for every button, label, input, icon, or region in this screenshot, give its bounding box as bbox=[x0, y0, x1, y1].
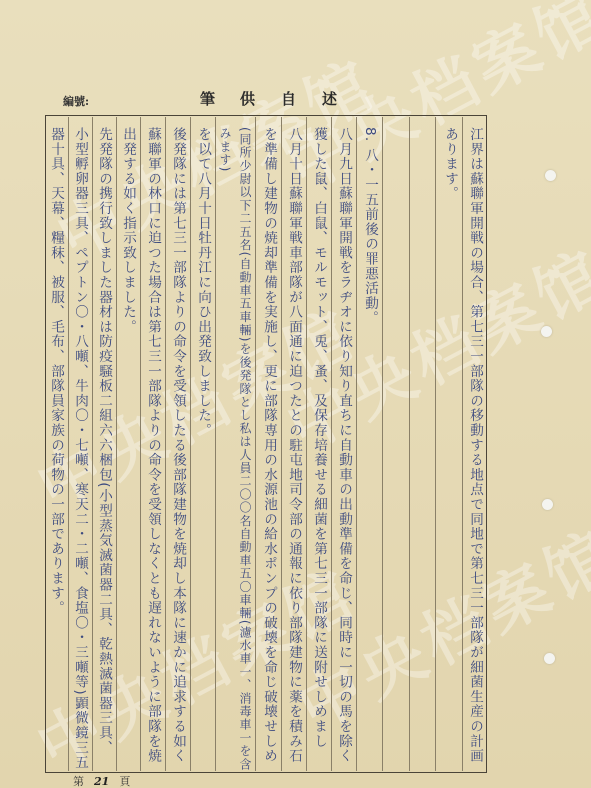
text-column: あります。 bbox=[435, 117, 462, 771]
text-column: 先発隊の携行致しました器材は防疫騒板二組六六梱包(小型蒸気滅菌器二具、乾熱滅菌器… bbox=[92, 117, 116, 771]
text-column: 後発隊には第七三一部隊よりの命令を受領したる後部隊建物を焼却し本隊に速かに追求す… bbox=[165, 117, 190, 771]
text-column: 蘇聯軍の林口に迫つた場合は第七三一部隊よりの命令を受領しなくとも遅れないように部… bbox=[140, 117, 165, 771]
text-column: 獲した鼠、白鼠、モルモット、兎、蚤、及保存培養せる細菌を第七三一部隊に送附せしめ… bbox=[306, 117, 331, 771]
title-char: 供 bbox=[240, 88, 255, 109]
text-column bbox=[382, 117, 409, 771]
text-column: 八月十日蘇聯軍戦車部隊が八面通に迫つたとの駐屯地司令部の通報に依り部隊建物に薬を… bbox=[281, 117, 306, 771]
punch-hole bbox=[544, 653, 555, 664]
file-number-label: 編號: bbox=[63, 93, 89, 109]
text-column: 器十具、天幕、糧秣、被服、毛布、部隊員家族の荷物の一部であります。 bbox=[46, 117, 68, 771]
text-column: (同所少尉以下二五名(自動車五車輛)を後発隊とし私は人員二〇〇名自動車五〇車輛(… bbox=[215, 117, 255, 771]
text-column: を準備し建物の焼却準備を実施し、更に部隊専用の水源池の給水ポンプの破壊を命じ破壊… bbox=[255, 117, 281, 771]
section-heading: 8. 八・一五前後の罪悪活動。 bbox=[356, 117, 382, 771]
punch-hole bbox=[545, 170, 556, 181]
punch-hole bbox=[541, 326, 552, 337]
document-page: 中央档案馆 中央档案馆 中央档案馆 中央档案馆 中央档案馆 中央档案馆 編號: … bbox=[0, 0, 591, 788]
page-number-value: 21 bbox=[94, 775, 109, 788]
text-column: 小型孵卵器三具、ペプトン〇・八噸、牛肉〇・七噸、寒天二・二噸、食塩〇・三噸等)顕… bbox=[68, 117, 92, 771]
text-column: 八月九日蘇聯軍開戦をラヂオに依り知り直ちに自動車の出動準備を命じ、同時に一切の馬… bbox=[331, 117, 356, 771]
text-column: 出発する如く指示致しました。 bbox=[116, 117, 140, 771]
text-column bbox=[409, 117, 435, 771]
page-prefix: 第 bbox=[73, 775, 84, 788]
page-suffix: 頁 bbox=[119, 775, 130, 788]
text-column: を以て八月十日牡丹江に向ひ出発致しました。 bbox=[190, 117, 215, 771]
punch-hole bbox=[542, 499, 553, 510]
title-char: 筆 bbox=[200, 88, 215, 109]
title-char: 述 bbox=[322, 88, 337, 109]
title-char: 自 bbox=[281, 88, 296, 109]
page-number: 第21頁 bbox=[73, 773, 130, 788]
text-column: 江界は蘇聯軍開戦の場合、第七三一部隊の移動する地点で同地で第七三一部隊が細菌生産… bbox=[462, 117, 487, 771]
